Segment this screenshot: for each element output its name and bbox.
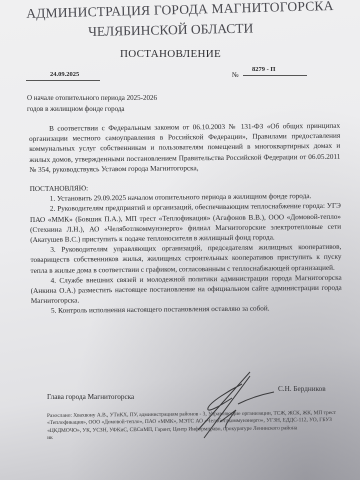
header-organization: АДМИНИСТРАЦИЯ ГОРОДА МАГНИТОГОРСКА: [26, 0, 334, 22]
document-type: ПОСТАНОВЛЕНИЕ: [120, 48, 221, 60]
distribution-text: Разослано: Хвахвону А.В., УТиКХ, ПУ, адм…: [47, 410, 347, 435]
document-page: АДМИНИСТРАЦИЯ ГОРОДА МАГНИТОГОРСКА ЧЕЛЯБ…: [0, 0, 360, 480]
signatory-title: Глава города Магнитогорска: [47, 393, 134, 401]
subject-line-2: годов в жилищном фонде города: [27, 104, 157, 115]
preamble: В соответствии с Федеральным законом от …: [29, 121, 341, 175]
subject-line-1: О начале отопительного периода 2025-2026: [27, 93, 157, 104]
number-underline: [243, 75, 307, 76]
signatory-name: С.Н. Бердников: [278, 385, 326, 393]
number-label: №: [232, 71, 239, 79]
document-subject: О начале отопительного периода 2025-2026…: [27, 93, 157, 115]
document-number: 8279 - П: [252, 66, 275, 73]
item-2: 2. Руководителям предприятий и организац…: [30, 201, 341, 245]
item-4: 4. Службе внешних связей и молодежной по…: [31, 273, 342, 307]
document-date: 24.09.2025: [50, 71, 79, 78]
date-underline: [26, 80, 100, 81]
item-5: 5. Контроль исполнения настоящего постан…: [31, 303, 342, 316]
header-region: ЧЕЛЯБИНСКОЙ ОБЛАСТИ: [88, 21, 254, 40]
item-3: 3. Руководителям управляющих организаций…: [30, 242, 341, 276]
document-body: В соответствии с Федеральным законом от …: [29, 121, 342, 317]
distribution-list: Разослано: Хвахвону А.В., УТиКХ, ПУ, адм…: [47, 410, 347, 443]
